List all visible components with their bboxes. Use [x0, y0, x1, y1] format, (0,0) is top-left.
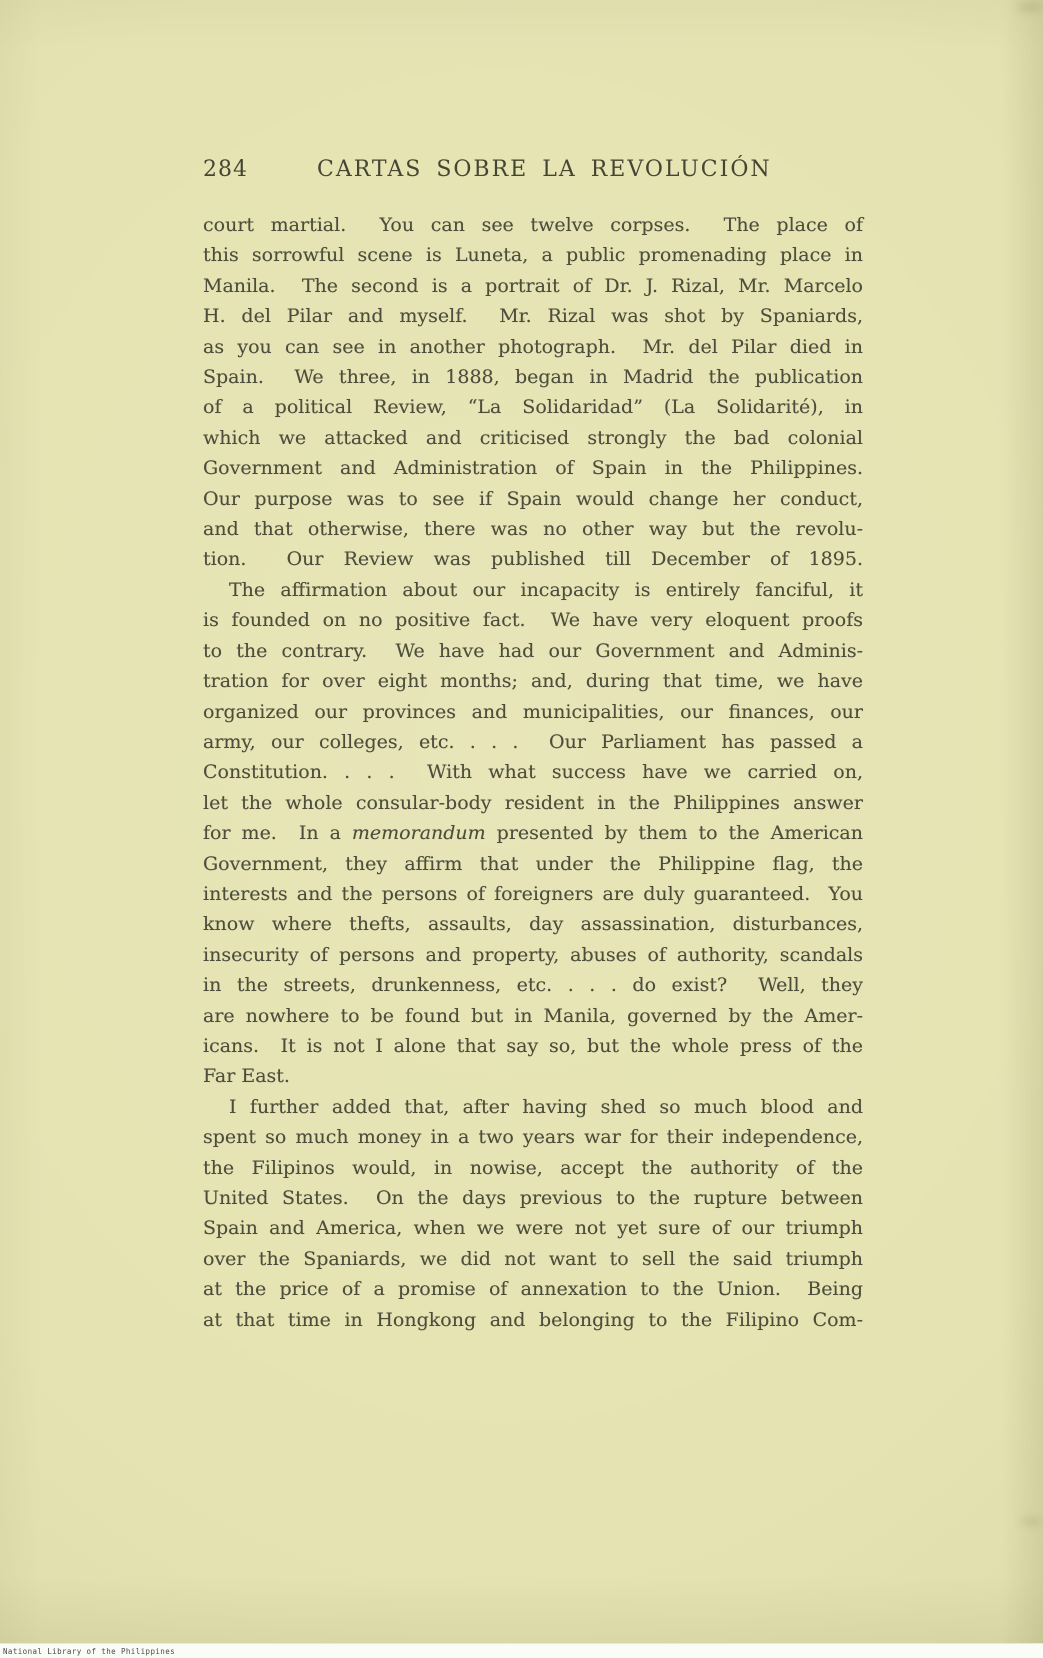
text-line: this sorrowful scene is Luneta, a public…	[203, 240, 863, 270]
text-line: tion. Our Review was published till Dece…	[203, 544, 863, 574]
text-line: and that otherwise, there was no other w…	[203, 514, 863, 544]
text-line: know where thefts, assaults, day assassi…	[203, 909, 863, 939]
text-line: organized our provinces and municipaliti…	[203, 697, 863, 727]
text-line: at the price of a promise of annexation …	[203, 1274, 863, 1304]
plain-text: presented by them to the American	[486, 822, 863, 844]
text-line: which we attacked and criticised strongl…	[203, 423, 863, 453]
text-line: for me. In a memorandum presented by the…	[203, 818, 863, 848]
text-line: Our purpose was to see if Spain would ch…	[203, 484, 863, 514]
text-line: insecurity of persons and property, abus…	[203, 940, 863, 970]
text-line: Far East.	[203, 1061, 863, 1091]
plain-text: for me. In a	[203, 822, 352, 844]
text-line: interests and the persons of foreigners …	[203, 879, 863, 909]
text-line: army, our colleges, etc. . . . Our Parli…	[203, 727, 863, 757]
text-line: Government and Administration of Spain i…	[203, 453, 863, 483]
scan-smudge	[1017, 2, 1043, 12]
text-line: United States. On the days previous to t…	[203, 1183, 863, 1213]
text-line: as you can see in another photograph. Mr…	[203, 332, 863, 362]
text-line: over the Spaniards, we did not want to s…	[203, 1244, 863, 1274]
text-line: to the contrary. We have had our Governm…	[203, 636, 863, 666]
page-header: 284 CARTAS SOBRE LA REVOLUCIÓN	[203, 157, 863, 189]
body-text: court martial. You can see twelve corpse…	[203, 210, 863, 1335]
text-line: I further added that, after having shed …	[203, 1092, 863, 1122]
text-line: at that time in Hongkong and belonging t…	[203, 1305, 863, 1335]
running-title: CARTAS SOBRE LA REVOLUCIÓN	[317, 157, 772, 182]
text-line: tration for over eight months; and, duri…	[203, 666, 863, 696]
text-line: in the streets, drunkenness, etc. . . . …	[203, 970, 863, 1000]
page-number: 284	[203, 157, 248, 182]
text-line: is founded on no positive fact. We have …	[203, 605, 863, 635]
text-line: H. del Pilar and myself. Mr. Rizal was s…	[203, 301, 863, 331]
text-line: Spain. We three, in 1888, began in Madri…	[203, 362, 863, 392]
text-line: court martial. You can see twelve corpse…	[203, 210, 863, 240]
library-stamp: National Library of the Philippines	[3, 1647, 175, 1656]
scan-smudge	[1021, 1517, 1041, 1526]
text-line: the Filipinos would, in nowise, accept t…	[203, 1153, 863, 1183]
text-line: of a political Review, “La Solidaridad” …	[203, 392, 863, 422]
italic-text: memorandum	[352, 822, 486, 844]
text-line: Government, they affirm that under the P…	[203, 849, 863, 879]
text-line: Manila. The second is a portrait of Dr. …	[203, 271, 863, 301]
text-line: spent so much money in a two years war f…	[203, 1122, 863, 1152]
book-page: 284 CARTAS SOBRE LA REVOLUCIÓN court mar…	[0, 0, 1043, 1658]
digitization-strip: National Library of the Philippines	[0, 1643, 1043, 1658]
text-line: icans. It is not I alone that say so, bu…	[203, 1031, 863, 1061]
text-line: are nowhere to be found but in Manila, g…	[203, 1001, 863, 1031]
text-line: Constitution. . . . With what success ha…	[203, 757, 863, 787]
text-line: Spain and America, when we were not yet …	[203, 1213, 863, 1243]
text-line: The affirmation about our incapacity is …	[203, 575, 863, 605]
text-line: let the whole consular-body resident in …	[203, 788, 863, 818]
